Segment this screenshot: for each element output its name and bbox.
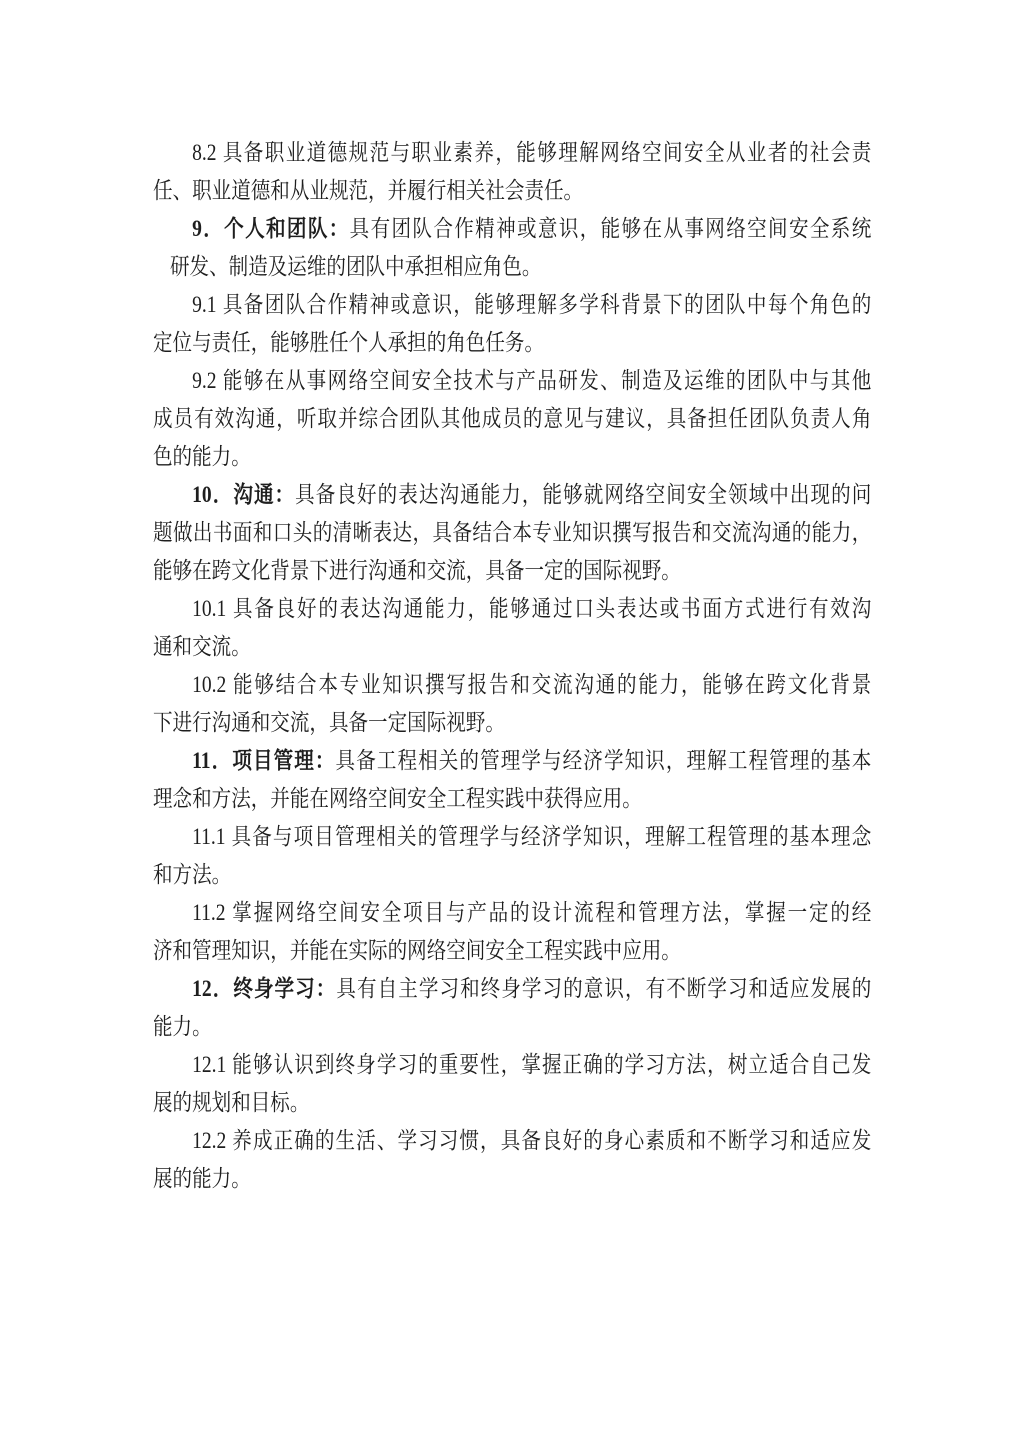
text-block: 8.2 具备职业道德规范与职业素养，能够理解网络空间安全从业者的社会责任、职业道… — [153, 134, 871, 1198]
text-line-12.1-2: 展的规划和目标。 — [153, 1084, 871, 1122]
text-line-10-1: 10．沟通：具备良好的表达沟通能力，能够就网络空间安全领域中出现的问 — [153, 476, 871, 514]
text-segment-9.2-2-1: 成员有效沟通，听取并综合团队其他成员的意见与建议，具备担任团队负责人角 — [153, 406, 871, 431]
text-line-10.2-2: 下进行沟通和交流，具备一定国际视野。 — [153, 704, 871, 742]
text-segment-9.2-1-1: 9.2 能够在从事网络空间安全技术与产品研发、制造及运维的团队中与其他 — [192, 368, 871, 393]
text-line-12.1-1: 12.1 能够认识到终身学习的重要性，掌握正确的学习方法，树立适合自己发 — [153, 1046, 871, 1084]
text-segment-10-2-1: 题做出书面和口头的清晰表达，具备结合本专业知识撰写报告和交流沟通的能力， — [153, 520, 871, 545]
section-heading-9: 9．个人和团队： — [192, 216, 350, 241]
text-segment-10.1-1-1: 10.1 具备良好的表达沟通能力，能够通过口头表达或书面方式进行有效沟 — [192, 596, 871, 621]
text-segment-11.1-1-1: 11.1 具备与项目管理相关的管理学与经济学知识，理解工程管理的基本理念 — [192, 824, 871, 849]
section-heading-11: 11．项目管理： — [192, 748, 335, 773]
text-segment-10.1-2-1: 通和交流。 — [153, 634, 251, 659]
text-segment-11.1-2-1: 和方法。 — [153, 862, 231, 887]
text-line-11-2: 理念和方法，并能在网络空间安全工程实践中获得应用。 — [153, 780, 871, 818]
text-line-9.1-1: 9.1 具备团队合作精神或意识，能够理解多学科背景下的团队中每个角色的 — [153, 286, 871, 324]
text-line-8.2-2: 任、职业道德和从业规范，并履行相关社会责任。 — [153, 172, 871, 210]
text-line-10-3: 能够在跨文化背景下进行沟通和交流，具备一定的国际视野。 — [153, 552, 871, 590]
text-segment-12.1-1-1: 12.1 能够认识到终身学习的重要性，掌握正确的学习方法，树立适合自己发 — [192, 1052, 871, 1077]
text-line-12-1: 12．终身学习：具有自主学习和终身学习的意识，有不断学习和适应发展的 — [153, 970, 871, 1008]
text-line-10.1-1: 10.1 具备良好的表达沟通能力，能够通过口头表达或书面方式进行有效沟 — [153, 590, 871, 628]
text-line-9.2-2: 成员有效沟通，听取并综合团队其他成员的意见与建议，具备担任团队负责人角 — [153, 400, 871, 438]
text-segment-11.2-1-1: 11.2 掌握网络空间安全项目与产品的设计流程和管理方法，掌握一定的经 — [192, 900, 871, 925]
text-line-12.2-2: 展的能力。 — [153, 1160, 871, 1198]
text-line-11.2-2: 济和管理知识，并能在实际的网络空间安全工程实践中应用。 — [153, 932, 871, 970]
text-line-11.1-2: 和方法。 — [153, 856, 871, 894]
text-line-10.2-1: 10.2 能够结合本专业知识撰写报告和交流沟通的能力，能够在跨文化背景 — [153, 666, 871, 704]
text-segment-9.2-3-1: 色的能力。 — [153, 444, 251, 469]
text-segment-11-2-1: 理念和方法，并能在网络空间安全工程实践中获得应用。 — [153, 786, 642, 811]
text-segment-12.2-1-1: 12.2 养成正确的生活、学习习惯，具备良好的身心素质和不断学习和适应发 — [192, 1128, 871, 1153]
text-segment-11.2-2-1: 济和管理知识，并能在实际的网络空间安全工程实践中应用。 — [153, 938, 681, 963]
text-segment-10-3-1: 能够在跨文化背景下进行沟通和交流，具备一定的国际视野。 — [153, 558, 681, 583]
text-line-11.1-1: 11.1 具备与项目管理相关的管理学与经济学知识，理解工程管理的基本理念 — [153, 818, 871, 856]
text-segment-9.1-2-1: 定位与责任，能够胜任个人承担的角色任务。 — [153, 330, 544, 355]
text-segment-10-1-2: 具备良好的表达沟通能力，能够就网络空间安全领域中出现的问 — [295, 482, 871, 507]
text-line-8.2-1: 8.2 具备职业道德规范与职业素养，能够理解网络空间安全从业者的社会责 — [153, 134, 871, 172]
text-segment-12.1-2-1: 展的规划和目标。 — [153, 1090, 309, 1115]
text-segment-11-1-2: 具备工程相关的管理学与经济学知识，理解工程管理的基本 — [336, 748, 872, 773]
text-segment-9.1-1-1: 9.1 具备团队合作精神或意识，能够理解多学科背景下的团队中每个角色的 — [192, 292, 871, 317]
text-segment-12-2-1: 能力。 — [153, 1014, 212, 1039]
text-line-10-2: 题做出书面和口头的清晰表达，具备结合本专业知识撰写报告和交流沟通的能力， — [153, 514, 871, 552]
text-segment-12.2-2-1: 展的能力。 — [153, 1166, 251, 1191]
text-line-9-1: 9．个人和团队：具有团队合作精神或意识，能够在从事网络空间安全系统 — [153, 210, 871, 248]
document-page: 8.2 具备职业道德规范与职业素养，能够理解网络空间安全从业者的社会责任、职业道… — [0, 0, 1024, 1448]
text-line-11.2-1: 11.2 掌握网络空间安全项目与产品的设计流程和管理方法，掌握一定的经 — [153, 894, 871, 932]
text-segment-8.2-2-1: 任、职业道德和从业规范，并履行相关社会责任。 — [153, 178, 583, 203]
text-line-12.2-1: 12.2 养成正确的生活、学习习惯，具备良好的身心素质和不断学习和适应发 — [153, 1122, 871, 1160]
text-segment-9-2-1: 研发、制造及运维的团队中承担相应角色。 — [170, 254, 541, 279]
text-segment-10.2-1-1: 10.2 能够结合本专业知识撰写报告和交流沟通的能力，能够在跨文化背景 — [192, 672, 871, 697]
text-segment-8.2-1-1: 8.2 具备职业道德规范与职业素养，能够理解网络空间安全从业者的社会责 — [192, 140, 871, 165]
text-segment-9-1-2: 具有团队合作精神或意识，能够在从事网络空间安全系统 — [350, 216, 872, 241]
section-heading-10: 10．沟通： — [192, 482, 295, 507]
section-heading-12: 12．终身学习： — [192, 976, 336, 1001]
text-segment-10.2-2-1: 下进行沟通和交流，具备一定国际视野。 — [153, 710, 505, 735]
text-line-9.2-3: 色的能力。 — [153, 438, 871, 476]
text-line-10.1-2: 通和交流。 — [153, 628, 871, 666]
text-line-12-2: 能力。 — [153, 1008, 871, 1046]
text-line-9-2: 研发、制造及运维的团队中承担相应角色。 — [153, 248, 871, 286]
text-line-9.2-1: 9.2 能够在从事网络空间安全技术与产品研发、制造及运维的团队中与其他 — [153, 362, 871, 400]
text-line-9.1-2: 定位与责任，能够胜任个人承担的角色任务。 — [153, 324, 871, 362]
text-line-11-1: 11．项目管理：具备工程相关的管理学与经济学知识，理解工程管理的基本 — [153, 742, 871, 780]
text-segment-12-1-2: 具有自主学习和终身学习的意识，有不断学习和适应发展的 — [336, 976, 871, 1001]
